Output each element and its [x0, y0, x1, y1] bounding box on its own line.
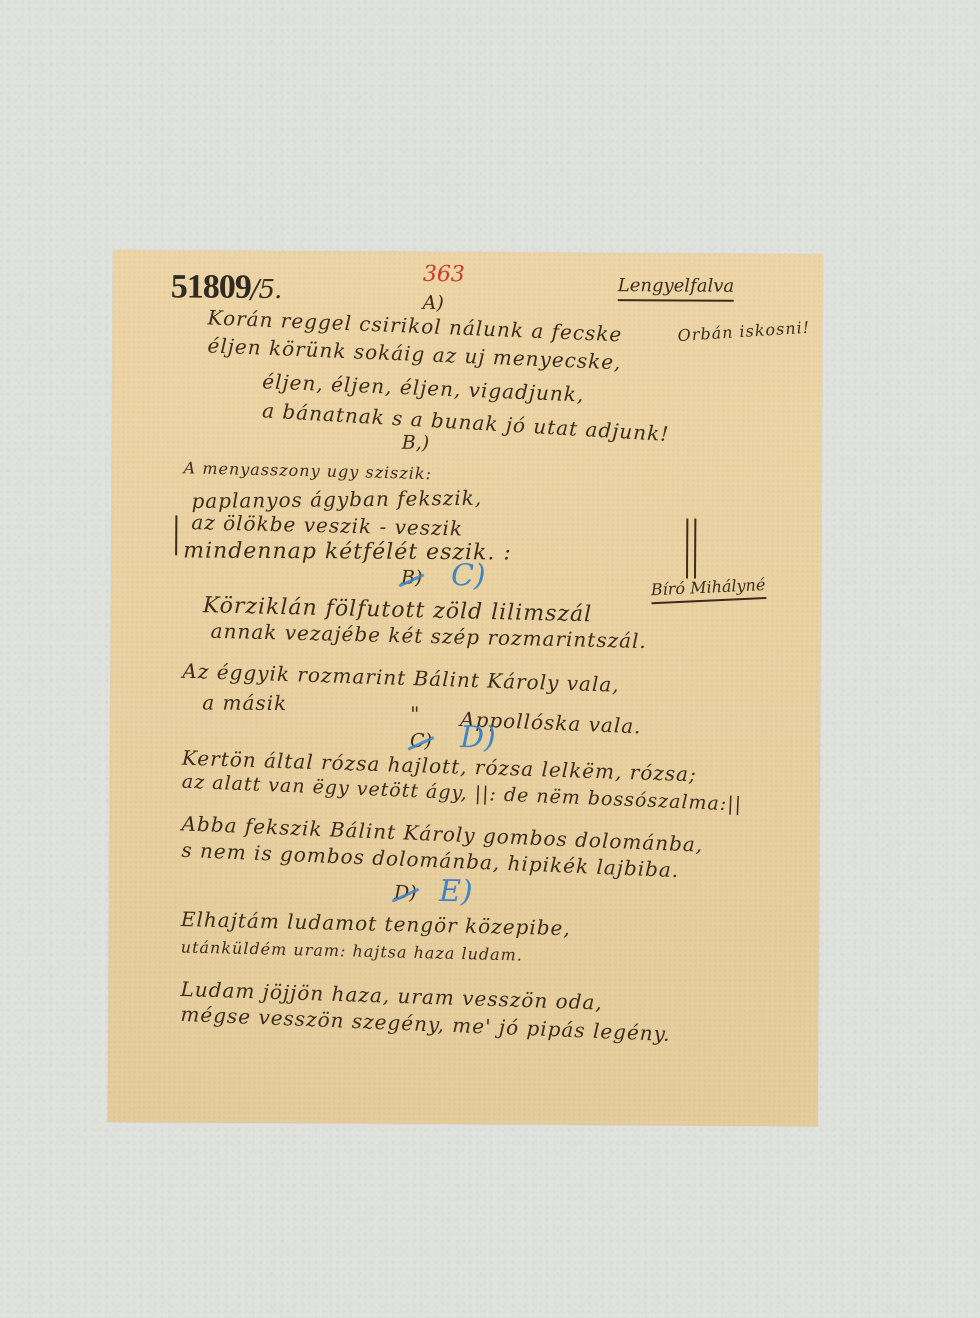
singer-name: Bíró Mihályné: [650, 575, 766, 604]
stanza-e-line-2: utánküldém uram: hajtsa haza ludam.: [181, 937, 524, 964]
section-d-blue-label: D): [460, 720, 496, 755]
stanza-b-line-2: paplanyos ágyban fekszik,: [191, 486, 482, 513]
repeat-bar-close-1: [686, 519, 688, 579]
stanza-b-line-3: az ölökbe veszik - veszik: [191, 510, 463, 540]
section-e-blue-label: E): [439, 874, 473, 909]
repeat-bar-close-2: [694, 519, 696, 579]
archive-mount-board: 51809/5. 363 A) Lengyelfalva Orbán iskos…: [0, 0, 980, 1318]
ditto-mark: ": [410, 702, 420, 726]
section-e-struck-label: D): [394, 882, 417, 904]
repeat-bar-open: [175, 515, 177, 555]
section-c-struck-label: B): [401, 567, 423, 589]
insertion-above-text: Orbán iskosni!: [677, 318, 811, 345]
struck-label: B): [401, 567, 423, 589]
stanza-b-line-1: A menyasszony ugy sziszik:: [183, 458, 432, 483]
stamp-number: 51809: [171, 268, 251, 305]
section-a-label: A): [423, 292, 444, 314]
red-page-number: 363: [423, 262, 465, 287]
stanza-a-line-4: a bánatnak s a bunak jó utat adjunk!: [262, 398, 670, 446]
section-d-struck-label: C): [410, 730, 432, 752]
struck-label: D): [394, 882, 417, 904]
manuscript-sheet: 51809/5. 363 A) Lengyelfalva Orbán iskos…: [108, 250, 823, 1126]
stanza-e-line-1: Elhajtám ludamot tengör közepibe,: [181, 907, 571, 940]
section-b-label: B,): [402, 432, 430, 454]
place-name: Lengyelfalva: [618, 275, 735, 302]
archive-stamp-number: 51809/5.: [171, 268, 282, 307]
section-c-blue-label: C): [451, 558, 486, 593]
stamp-suffix: /5.: [251, 275, 282, 305]
struck-label: C): [410, 730, 432, 752]
stanza-c-line-4: a másik: [202, 691, 287, 716]
